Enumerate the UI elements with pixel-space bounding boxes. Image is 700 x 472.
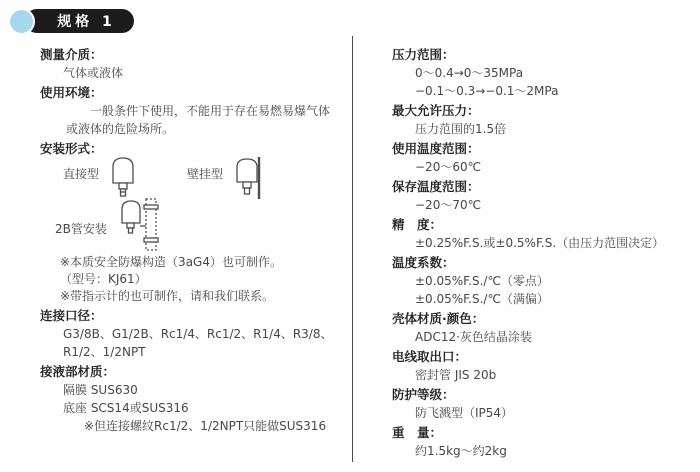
section-max-pressure: 最大允许压力： 压力范围的1.5倍 [392,100,692,138]
section-line: ※但连接螺纹Rc1/2、1/2NPT只能做SUS316 [40,417,346,435]
section-heading: 温度系数： [392,252,692,272]
section-line: ±0.25%F.S.或±0.5%F.S.（由压力范围决定） [392,234,692,252]
column-divider [352,36,353,462]
section-heading: 使用温度范围： [392,138,692,158]
section-environment: 使用环境： 一般条件下使用，不能用于存在易燃易爆气体 或液体的危险场所。 [40,82,346,138]
section-heading: 使用环境： [40,82,346,102]
section-line: 密封管 JIS 20b [392,366,692,384]
accent-circle-icon [8,8,35,35]
section-heading: 测量介质： [40,44,346,64]
section-installation: 安装形式： 直接型 壁挂型 [40,138,346,254]
section-heading: 重 量： [392,422,692,442]
section-operating-temp: 使用温度范围： −20～60℃ [392,138,692,176]
spec-sheet-page: 规格 1 测量介质： 气体或液体 使用环境： 一般条件下使用，不能用于存在易燃易… [0,0,700,472]
install-label-direct: 直接型 [63,165,99,182]
section-line: 防飞溅型（IP54） [392,404,692,422]
section-line: 或液体的危险场所。 [40,120,346,138]
section-line: ADC12·灰色结晶涂装 [392,328,692,346]
section-heading: 接液部材质： [40,361,346,381]
section-line: 压力范围的1.5倍 [392,120,692,138]
section-heading: 连接口径： [40,305,346,325]
page-title: 规格 1 [25,9,134,33]
section-pressure-range: 压力范围： 0～0.4→0～35MPa −0.1～0.3→−0.1～2MPa [392,44,692,100]
installation-figures: 直接型 壁挂型 [40,158,346,254]
section-storage-temp: 保存温度范围： −20～70℃ [392,176,692,214]
section-protection: 防护等级： 防飞溅型（IP54） [392,384,692,422]
section-line: 0～0.4→0～35MPa [392,64,692,82]
section-line: G3/8B、G1/2B、Rc1/4、Rc1/2、R1/4、R3/8、 [40,325,346,343]
left-column: 测量介质： 气体或液体 使用环境： 一般条件下使用，不能用于存在易燃易爆气体 或… [40,44,346,435]
note-line: （型号：KJ61） [40,271,346,288]
section-heading: 安装形式： [40,138,346,158]
section-line: 气体或液体 [40,64,346,82]
pipe-mount-figure [120,196,164,254]
section-wetted-material: 接液部材质： 隔膜 SUS630 底座 SCS14或SUS316 ※但连接螺纹R… [40,361,346,435]
section-wire-outlet: 电线取出口： 密封管 JIS 20b [392,346,692,384]
direct-type-figure [110,155,136,199]
right-column: 压力范围： 0～0.4→0～35MPa −0.1～0.3→−0.1～2MPa 最… [392,44,692,460]
section-heading: 防护等级： [392,384,692,404]
install-label-wall: 壁挂型 [187,165,223,182]
section-line: −0.1～0.3→−0.1～2MPa [392,82,692,100]
section-line: 约1.5kg～约2kg [392,442,692,460]
section-heading: 压力范围： [392,44,692,64]
section-line: −20～60℃ [392,158,692,176]
section-accuracy: 精 度： ±0.25%F.S.或±0.5%F.S.（由压力范围决定） [392,214,692,252]
section-heading: 精 度： [392,214,692,234]
section-temp-coefficient: 温度系数： ±0.05%F.S./℃（零点） ±0.05%F.S./℃（满偏） [392,252,692,308]
section-notes: ※本质安全防爆构造（3aG4）也可制作。 （型号：KJ61） ※带指示计的也可制… [40,254,346,305]
section-heading: 保存温度范围： [392,176,692,196]
section-housing: 壳体材质·颜色： ADC12·灰色结晶涂装 [392,308,692,346]
section-heading: 最大允许压力： [392,100,692,120]
section-measured-medium: 测量介质： 气体或液体 [40,44,346,82]
section-line: ±0.05%F.S./℃（零点） [392,272,692,290]
section-line: ±0.05%F.S./℃（满偏） [392,290,692,308]
section-line: −20～70℃ [392,196,692,214]
section-line: 隔膜 SUS630 [40,381,346,399]
install-label-2b-pipe: 2B管安装 [55,220,107,237]
section-weight: 重 量： 约1.5kg～约2kg [392,422,692,460]
section-connection-size: 连接口径： G3/8B、G1/2B、Rc1/4、Rc1/2、R1/4、R3/8、… [40,305,346,361]
section-line: R1/2、1/2NPT [40,343,346,361]
section-line: 一般条件下使用，不能用于存在易燃易爆气体 [40,102,346,120]
section-heading: 壳体材质·颜色： [392,308,692,328]
note-line: ※带指示计的也可制作，请和我们联系。 [40,288,346,305]
section-line: 底座 SCS14或SUS316 [40,399,346,417]
note-line: ※本质安全防爆构造（3aG4）也可制作。 [40,254,346,271]
section-heading: 电线取出口： [392,346,692,366]
wall-mount-figure [232,155,266,201]
section-title-badge: 规格 1 [8,8,138,36]
